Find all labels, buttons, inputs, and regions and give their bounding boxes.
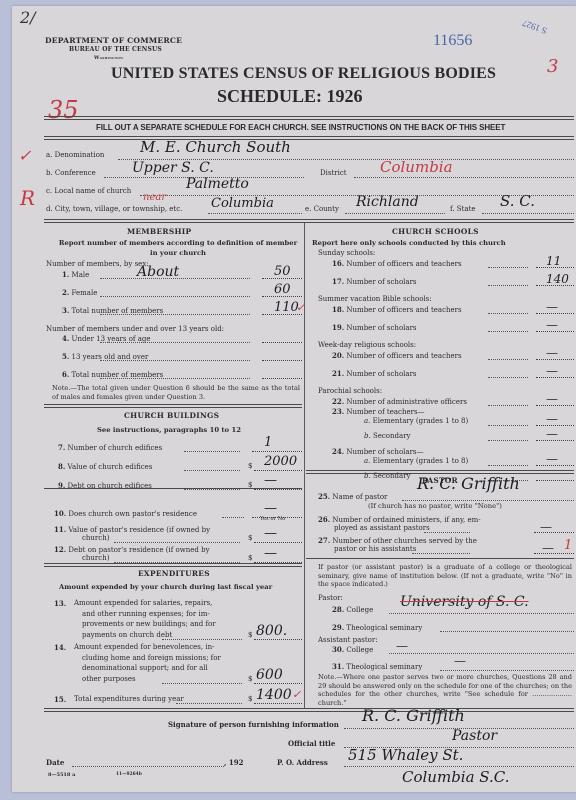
school-row-leader (488, 359, 528, 360)
expenditure-row-num: 13. (54, 599, 66, 608)
q27-value[interactable]: — (542, 541, 554, 555)
school-row-num: 16. (332, 259, 344, 268)
school-row-label: 21. Number of scholars (332, 369, 417, 378)
school-row-leader (488, 440, 528, 441)
expenditure-row-value[interactable]: 1400 (256, 687, 292, 703)
building-row-text: Debt on pastor's residence (if owned by (68, 546, 209, 554)
school-row-label: 16. Number of officers and teachers (332, 259, 462, 268)
local-name-value[interactable]: Palmetto (186, 176, 249, 192)
school-row-value[interactable]: — (546, 346, 558, 360)
q27-red-mark: 1 (564, 538, 572, 553)
building-row-value[interactable]: — (264, 546, 277, 561)
school-row-label: 17. Number of scholars (332, 277, 417, 286)
q26-num: 26. (318, 515, 330, 524)
building-row-label-cont: church) (82, 534, 109, 542)
school-row-text: Number of administrative officers (346, 398, 467, 406)
school-row-leader (488, 405, 528, 406)
school-row-text: Number of officers and teachers (346, 306, 461, 314)
school-group-title: Parochial schools: (318, 387, 382, 395)
expenditure-row-leader (176, 703, 242, 704)
date-suffix: , 192 (224, 758, 244, 767)
school-row-leader (488, 285, 528, 286)
building-row-num: 8. (58, 462, 65, 471)
building-row-num: 10. (54, 509, 66, 518)
q26-label-2: ployed as assistant pastors (334, 524, 430, 532)
expenditures-heading: EXPENDITURES (138, 569, 210, 578)
denomination-label: a. Denomination (46, 151, 104, 159)
membership-row-blank (262, 342, 302, 343)
school-row-value[interactable]: — (546, 412, 558, 426)
city-annotation: near (143, 192, 166, 203)
membership-check-mark: ✓ (296, 301, 305, 314)
q31-value[interactable]: — (454, 654, 466, 668)
school-row-num: 22. (332, 397, 344, 406)
building-row-blank (254, 542, 302, 543)
building-row-num: 12. (54, 545, 66, 554)
membership-row-text: Female (72, 289, 98, 297)
date-label: Date (46, 758, 64, 767)
city-name: Washington (94, 55, 123, 61)
dollar-sign: $ (248, 631, 252, 639)
q30-value[interactable]: — (396, 639, 408, 653)
dollar-sign: $ (248, 675, 252, 683)
q27-num: 27. (318, 536, 330, 545)
school-row-value[interactable]: — (546, 392, 558, 406)
signature-label: Signature of person furnishing informati… (168, 720, 339, 729)
school-row-value[interactable]: 140 (546, 272, 569, 286)
building-row-leader (114, 542, 240, 543)
membership-row-text: Male (72, 271, 90, 279)
dollar-sign: $ (248, 554, 252, 562)
membership-row-num: 2. (62, 288, 69, 297)
expenditure-row-leader (162, 683, 242, 684)
building-row-value[interactable]: 2000 (264, 454, 297, 469)
red-corner-mark: 3 (547, 56, 558, 77)
school-row-text: Number of scholars— (346, 448, 423, 456)
q31-label: Theological seminary (346, 663, 422, 671)
membership-row-blank (262, 360, 302, 361)
pastor-education-label: Pastor: (318, 594, 343, 602)
school-row-label: a. Elementary (grades 1 to 8) (364, 457, 468, 465)
building-row-text: Value of pastor's residence (if owned by (68, 526, 210, 534)
school-row-label: a. Elementary (grades 1 to 8) (364, 417, 468, 425)
school-row-label: 24. Number of scholars— (332, 447, 424, 456)
assistant-education-label: Assistant pastor: (318, 636, 378, 644)
department-name: DEPARTMENT OF COMMERCE (45, 36, 182, 45)
serial-number-stamp: 11656 (433, 32, 472, 50)
fill-instruction: FILL OUT A SEPARATE SCHEDULE FOR EACH CH… (96, 123, 505, 132)
school-row-text: Elementary (grades 1 to 8) (373, 457, 469, 465)
expenditure-row-num: 14. (54, 643, 66, 652)
membership-row-value[interactable]: 60 (274, 282, 291, 297)
building-row-text: Does church own pastor's residence (68, 510, 197, 518)
membership-annotation: About (137, 264, 179, 280)
school-row-num: 17. (332, 277, 344, 286)
po-address-label: P. O. Address (277, 758, 328, 767)
school-row-text: Number of scholars (346, 370, 416, 378)
dollar-sign: $ (248, 534, 252, 542)
school-row-leader (488, 331, 528, 332)
building-row-label: 11. Value of pastor's residence (if owne… (54, 525, 210, 534)
membership-row-leader (100, 360, 250, 361)
school-row-label: 18. Number of officers and teachers (332, 305, 462, 314)
school-row-value[interactable]: 11 (546, 254, 561, 268)
form-title: UNITED STATES CENSUS OF RELIGIOUS BODIES (111, 65, 496, 83)
expenditure-row-blank (254, 703, 302, 704)
state-value[interactable]: S. C. (500, 192, 535, 210)
district-value[interactable]: Columbia (380, 158, 453, 176)
expenditure-row-value[interactable]: 800. (256, 623, 287, 639)
building-row-value[interactable]: — (264, 501, 277, 516)
school-row-leader (488, 313, 528, 314)
official-title-value[interactable]: Pastor (452, 728, 497, 744)
membership-row-label: 2. Female (62, 288, 97, 297)
q29-num: 29. (332, 623, 344, 632)
expenditure-row-text: Amount expended for benevolences, in- (74, 643, 214, 651)
q29-label: Theological seminary (346, 624, 422, 632)
schedule-title: SCHEDULE: 1926 (217, 86, 363, 107)
expenditure-row-blank (254, 639, 302, 640)
school-row-text: Number of officers and teachers (346, 260, 461, 268)
yes-no-hint: Yes or No (260, 516, 285, 522)
building-row-leader (184, 451, 240, 452)
red-initial: R (20, 186, 35, 210)
official-title-label: Official title (288, 739, 335, 748)
pastor-name-num: 25. (318, 492, 330, 501)
school-row-leader (488, 425, 528, 426)
school-row-num: 21. (332, 369, 344, 378)
conference-value[interactable]: Upper S. C. (132, 160, 214, 176)
building-row-text: Number of church edifices (68, 444, 163, 452)
denomination-value[interactable]: M. E. Church South (140, 138, 291, 156)
expenditure-row-blank (254, 683, 302, 684)
state-label: f. State (450, 205, 476, 213)
membership-row-blank (262, 378, 302, 379)
school-row-num: 19. (332, 323, 344, 332)
school-row-num: 23. (332, 407, 344, 416)
membership-row-value[interactable]: 50 (274, 264, 291, 279)
school-row-num: a. (364, 417, 370, 425)
education-intro: If pastor (or assistant pastor) is a gra… (318, 563, 572, 589)
school-row-label: 22. Number of administrative officers (332, 397, 467, 406)
print-number: 11—9264b (116, 772, 142, 777)
building-row-label-cont: church) (82, 554, 109, 562)
census-schedule-page: 2/ DEPARTMENT OF COMMERCE BUREAU OF THE … (12, 6, 576, 792)
school-row-leader (488, 267, 528, 268)
county-label: e. County (305, 205, 339, 213)
date-stamp: S 1927 (521, 18, 548, 36)
school-row-leader (488, 377, 528, 378)
building-row-blank (252, 451, 302, 452)
pastor-note: Note.—Where one pastor serves two or mor… (318, 673, 572, 707)
membership-row-leader (100, 378, 250, 379)
membership-row-num: 5. (62, 352, 69, 361)
school-row-num: 24. (332, 447, 344, 456)
bureau-name: BUREAU OF THE CENSUS (69, 46, 162, 53)
building-row-text: Value of church edifices (68, 463, 153, 471)
expenditure-row-text: other purposes (82, 675, 136, 683)
school-row-num: 20. (332, 351, 344, 360)
expenditure-row-text: payments on church debt (82, 631, 172, 639)
building-row-label: 8. Value of church edifices (58, 462, 152, 471)
margin-mark-top-left: 2/ (20, 8, 36, 27)
school-row-label: b. Secondary (364, 432, 411, 440)
school-group-title: Week-day religious schools: (318, 341, 416, 349)
school-row-num: 18. (332, 305, 344, 314)
pastor-name-hint: (If church has no pastor, write "None") (368, 502, 502, 510)
expenditure-row-value[interactable]: 600 (256, 667, 283, 683)
school-row-blank (536, 480, 574, 481)
expenditure-row-text: denominational support; and for all (82, 664, 208, 672)
dollar-sign: $ (248, 462, 252, 470)
expenditure-row-text: provements or new buildings; and for (82, 620, 216, 628)
expenditure-row-text: Total expenditures during year (74, 695, 184, 703)
expenditure-row-text: Amount expended for salaries, repairs, (74, 599, 212, 607)
school-row-num: b. (364, 432, 371, 440)
members-by-sex-label: Number of members, by sex: (46, 260, 149, 268)
q28-num: 28. (332, 605, 344, 614)
expenditure-row-leader (162, 639, 242, 640)
school-group-title: Sunday schools: (318, 249, 375, 257)
pastor-name-label: Name of pastor (332, 493, 387, 501)
city-label: d. City, town, village, or township, etc… (46, 205, 182, 213)
building-row-label: 12. Debt on pastor's residence (if owned… (54, 545, 210, 554)
building-row-value[interactable]: 1 (264, 435, 272, 450)
pastor-name-value[interactable]: R. C. Griffith (417, 474, 520, 493)
school-row-text: Number of officers and teachers (346, 352, 461, 360)
building-row-leader (222, 517, 244, 518)
school-row-text: Secondary (373, 432, 411, 440)
school-row-value[interactable]: — (546, 427, 558, 441)
membership-row-num: 3. (62, 306, 69, 315)
po-address-value[interactable]: 515 Whaley St. (348, 746, 463, 764)
schools-subheading: Report here only schools conducted by th… (312, 239, 506, 247)
q31-num: 31. (332, 662, 344, 671)
school-row-value[interactable]: — (546, 318, 558, 332)
q26-label: Number of ordained ministers, if any, em… (332, 516, 480, 524)
membership-row-label: 1. Male (62, 270, 89, 279)
members-by-age-label: Number of members under and over 13 year… (46, 325, 224, 333)
school-group-title: Summer vacation Bible schools: (318, 295, 432, 303)
q27-label-2: pastor or his assistants (334, 545, 416, 553)
q30-num: 30. (332, 645, 344, 654)
q28-value[interactable]: University of S. C. (400, 594, 529, 610)
membership-row-num: 1. (62, 270, 69, 279)
city-value[interactable]: Columbia (211, 196, 274, 211)
buildings-subheading: See instructions, paragraphs 10 to 12 (97, 426, 241, 434)
membership-row-leader (100, 342, 250, 343)
signature-value[interactable]: R. C. Griffith (362, 706, 465, 725)
building-row-label: 10. Does church own pastor's residence (54, 509, 197, 518)
red-check-mark: ✓ (18, 146, 31, 165)
buildings-heading: CHURCH BUILDINGS (124, 411, 219, 420)
school-row-num: a. (364, 457, 370, 465)
membership-note: Note.—The total given under Question 6 s… (52, 384, 300, 401)
expenditure-check-mark: ✓ (292, 688, 301, 701)
school-row-text: Number of scholars (346, 324, 416, 332)
district-label: District (320, 169, 347, 177)
school-row-value[interactable]: — (546, 452, 558, 466)
q27-label: Number of other churches served by the (332, 537, 476, 545)
membership-row-num: 4. (62, 334, 69, 343)
membership-row-num: 6. (62, 370, 69, 379)
q28-label: College (346, 606, 373, 614)
school-row-value[interactable]: — (546, 300, 558, 314)
q26-value[interactable]: — (540, 520, 552, 534)
membership-row-leader (100, 314, 250, 315)
building-row-num: 11. (54, 525, 66, 534)
membership-subheading: Report number of members according to de… (56, 239, 300, 258)
expenditure-row-text: and other running expenses; for im- (82, 610, 210, 618)
school-row-label: 19. Number of scholars (332, 323, 417, 332)
school-row-value[interactable]: — (546, 364, 558, 378)
q30-label: College (346, 646, 373, 654)
school-row-label: 20. Number of officers and teachers (332, 351, 462, 360)
local-name-label: c. Local name of church (46, 187, 131, 195)
expenditures-subheading: Amount expended by your church during la… (59, 583, 272, 591)
school-row-text: Number of teachers— (346, 408, 424, 416)
dollar-sign: $ (248, 695, 252, 703)
conference-label: b. Conference (46, 169, 96, 177)
building-row-leader (184, 470, 240, 471)
school-row-label: 23. Number of teachers— (332, 407, 425, 416)
building-row-leader (184, 489, 240, 490)
membership-row-leader (100, 296, 250, 297)
school-row-text: Number of scholars (346, 278, 416, 286)
school-row-leader (488, 465, 528, 466)
county-value[interactable]: Richland (356, 194, 419, 210)
form-number: 8—5518 a (48, 772, 75, 778)
membership-heading: MEMBERSHIP (127, 227, 191, 236)
building-row-value[interactable]: — (264, 473, 277, 488)
building-row-value[interactable]: — (264, 526, 277, 541)
expenditure-row-text: cluding home and foreign missions; for (82, 654, 221, 662)
po-address-value-2[interactable]: Columbia S.C. (402, 768, 510, 786)
schools-heading: CHURCH SCHOOLS (392, 227, 479, 236)
building-row-blank (254, 489, 302, 490)
building-row-blank (254, 470, 302, 471)
building-row-num: 7. (58, 443, 65, 452)
building-row-label: 7. Number of church edifices (58, 443, 162, 452)
school-row-text: Elementary (grades 1 to 8) (373, 417, 469, 425)
expenditure-row-num: 15. (54, 695, 66, 704)
